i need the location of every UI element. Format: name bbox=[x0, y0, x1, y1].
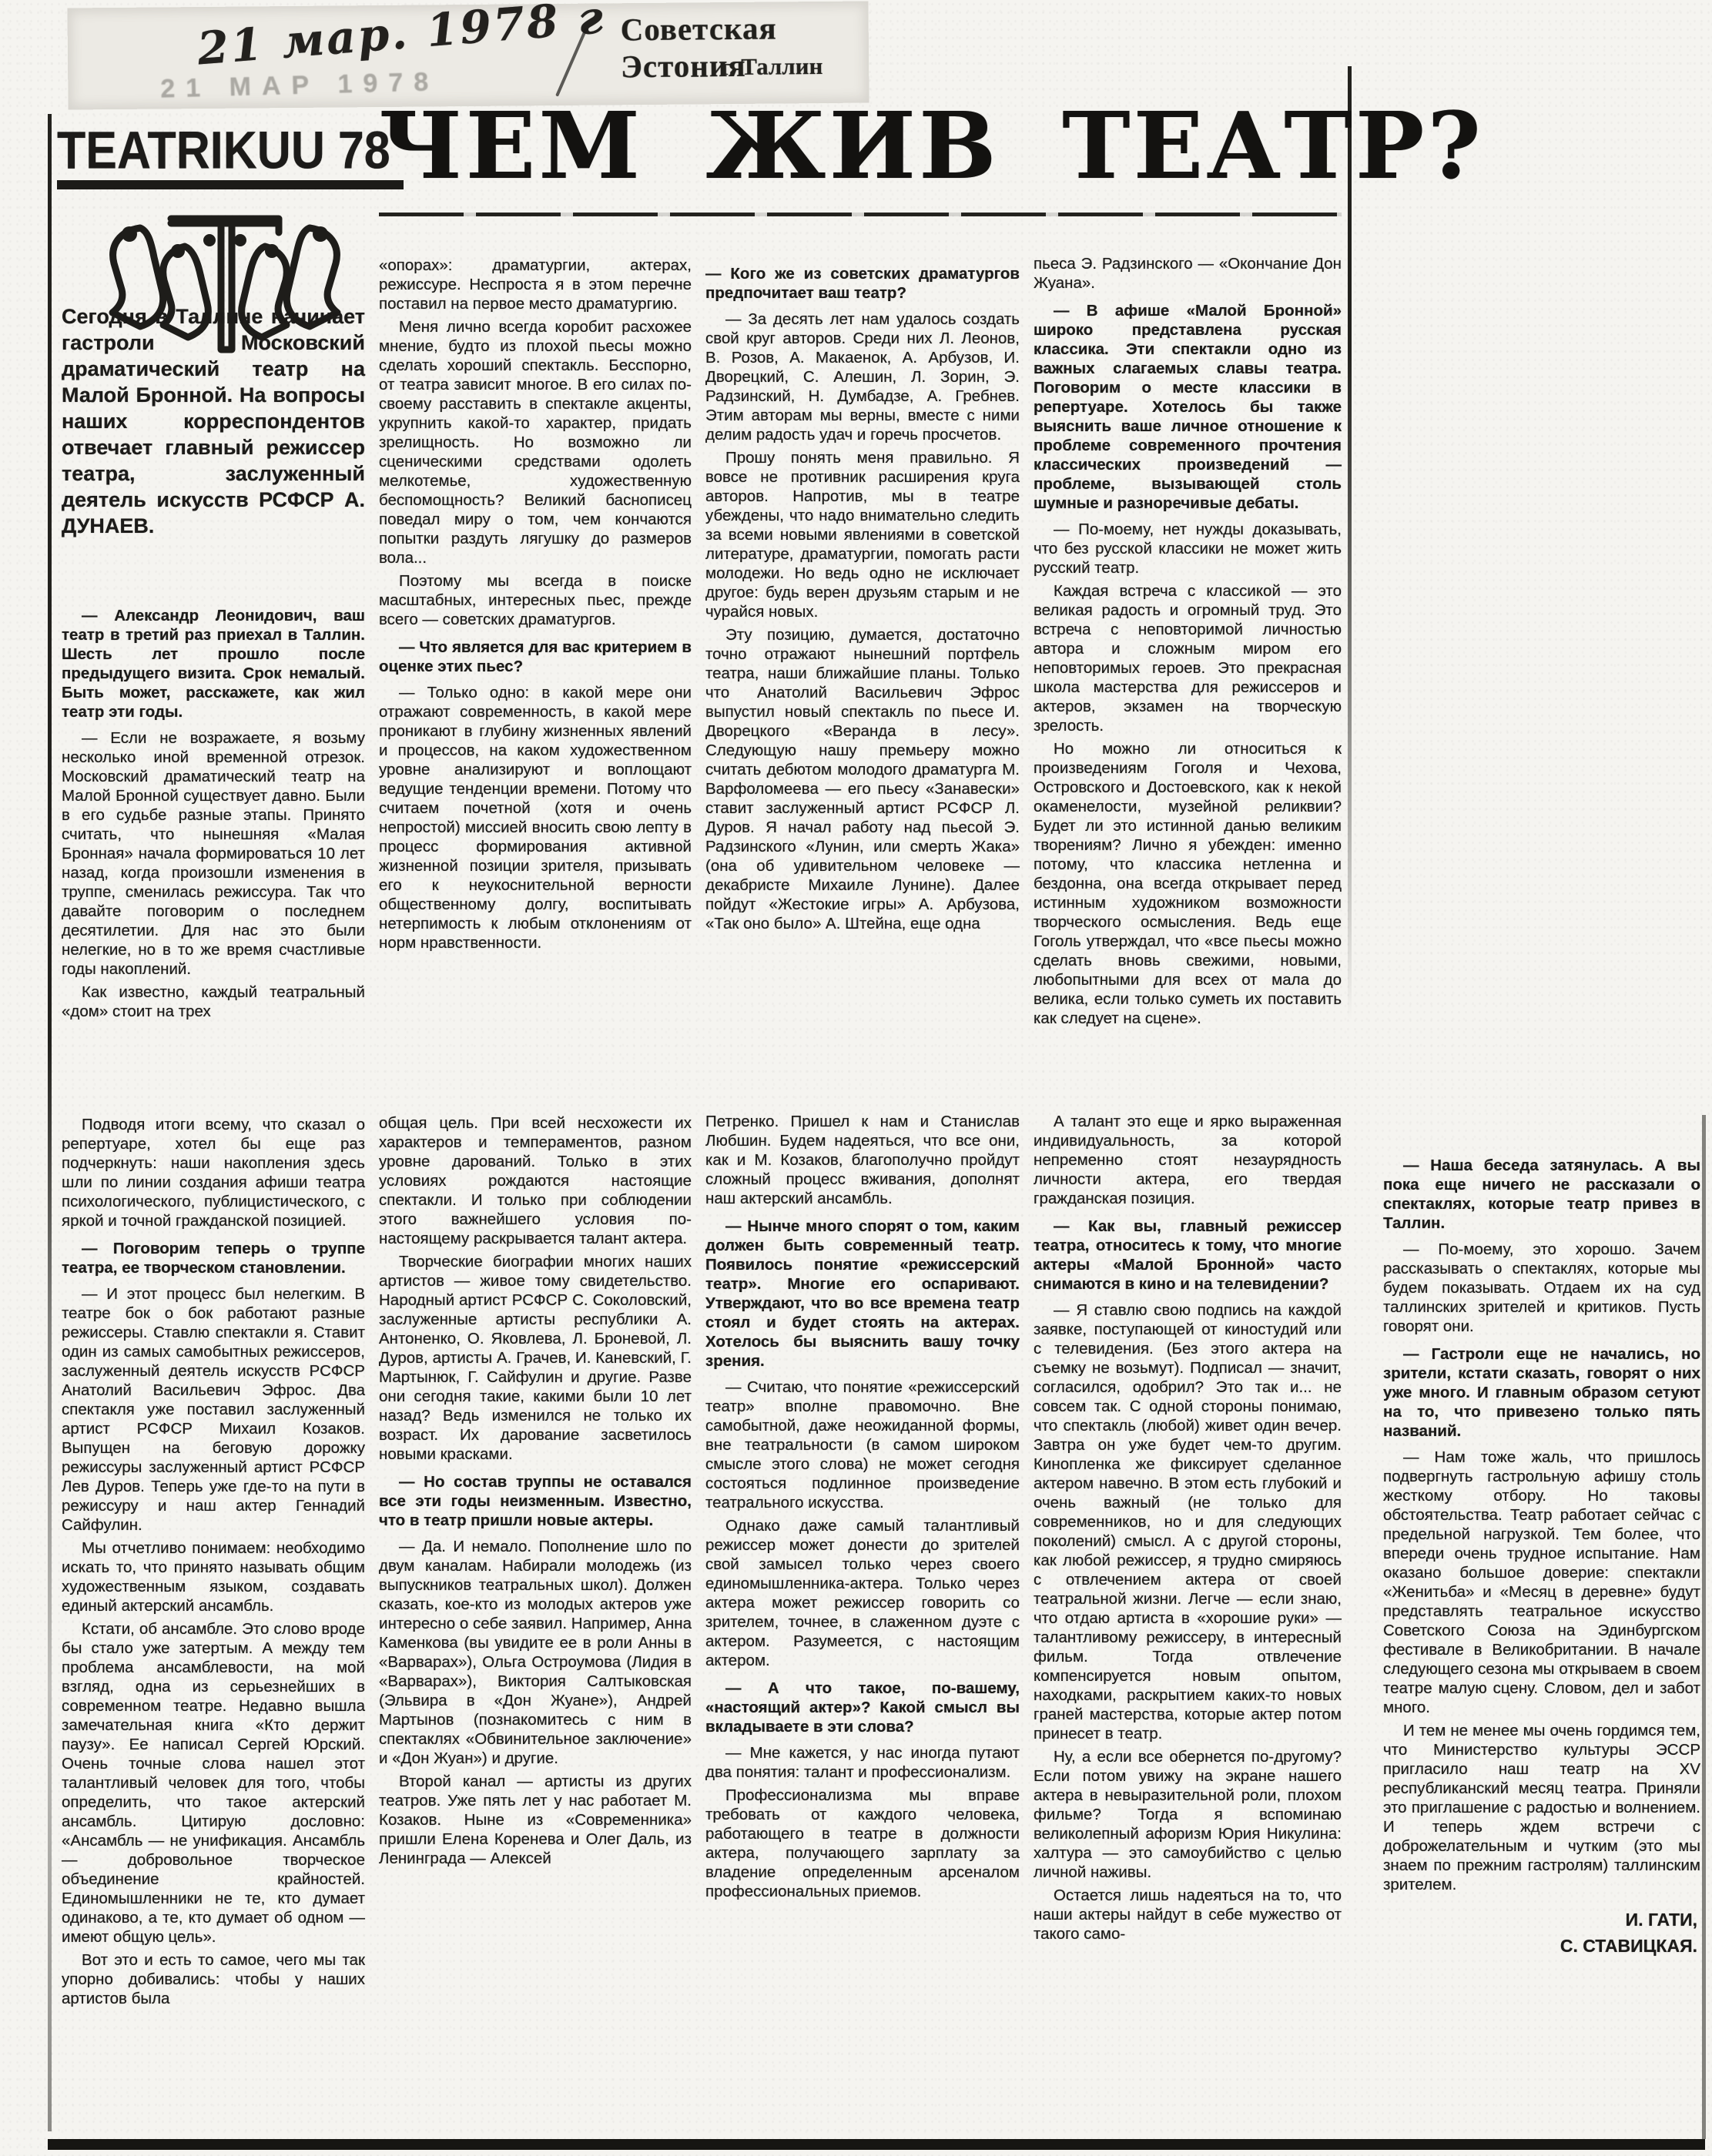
top-column-1: — Александр Леонидович, ваш театр в трет… bbox=[62, 598, 365, 1025]
question-paragraph: — В афише «Малой Бронной» широко предста… bbox=[1034, 301, 1342, 513]
question-paragraph: — Александр Леонидович, ваш театр в трет… bbox=[62, 606, 365, 721]
paragraph: Но можно ли относиться к произведениям Г… bbox=[1034, 739, 1342, 1028]
paragraph: «опорах»: драматургии, актерах, режиссур… bbox=[379, 256, 692, 313]
paragraph: — Считаю, что понятие «режиссерский теат… bbox=[705, 1378, 1020, 1512]
bottom-border-rule bbox=[48, 2139, 1705, 2150]
newspaper-city-stamp: г. Таллин bbox=[721, 52, 823, 81]
paragraph: Эту позицию, думается, достаточно точно … bbox=[705, 625, 1020, 933]
paragraph: Прошу понять меня правильно. Я вовсе не … bbox=[705, 448, 1020, 621]
question-paragraph: — А что такое, по-вашему, «настоящий акт… bbox=[705, 1679, 1020, 1736]
paragraph: Профессионализма мы вправе требовать от … bbox=[705, 1786, 1020, 1901]
paragraph: — Я ставлю свою подпись на каждой заявке… bbox=[1034, 1301, 1342, 1743]
paragraph: Творческие биографии многих наших артист… bbox=[379, 1252, 692, 1464]
author-signature: И. ГАТИ, С. СТАВИЦКАЯ. bbox=[1383, 1907, 1700, 1959]
lead-paragraph: Сегодня в Таллине начинает гастроли Моск… bbox=[62, 303, 365, 539]
paragraph: — Только одно: в какой мере они отражают… bbox=[379, 683, 692, 952]
festival-underline bbox=[57, 180, 404, 189]
question-paragraph: — Но состав труппы не оставался все эти … bbox=[379, 1472, 692, 1530]
paragraph: — Нам тоже жаль, что пришлось подвергнут… bbox=[1383, 1448, 1700, 1717]
paragraph: — И этот процесс был нелегким. В театре … bbox=[62, 1284, 365, 1535]
paragraph: — Мне кажется, у нас иногда путают два п… bbox=[705, 1743, 1020, 1782]
left-border-rule bbox=[48, 114, 52, 2131]
paragraph: Как известно, каждый театральный «дом» с… bbox=[62, 983, 365, 1021]
question-paragraph: — Наша беседа затянулась. А вы пока еще … bbox=[1383, 1156, 1700, 1233]
top-column-3: — Кого же из советских драматургов предп… bbox=[705, 256, 1020, 937]
paragraph: Каждая встреча с классикой — это великая… bbox=[1034, 581, 1342, 735]
paragraph: И тем не менее мы очень гордимся тем, чт… bbox=[1383, 1721, 1700, 1894]
paragraph: Подводя итоги всему, что сказал о реперт… bbox=[62, 1115, 365, 1230]
question-paragraph: — Как вы, главный режиссер театра, относ… bbox=[1034, 1217, 1342, 1294]
handwritten-date: 21 мар. 1978 г bbox=[196, 0, 608, 75]
paragraph: — По-моему, нет нужды доказывать, что бе… bbox=[1034, 520, 1342, 577]
top-column-4: пьеса Э. Радзинского — «Окончание Дон Жу… bbox=[1034, 254, 1342, 1032]
paragraph: Однако даже самый талантливый режиссер м… bbox=[705, 1516, 1020, 1670]
top-column-2: «опорах»: драматургии, актерах, режиссур… bbox=[379, 256, 692, 956]
bottom-column-5: — Наша беседа затянулась. А вы пока еще … bbox=[1383, 1147, 1700, 1959]
bottom-column-4: А талант это еще и ярко выраженная индив… bbox=[1034, 1112, 1342, 1947]
paragraph: Остается лишь надеяться на то, что наши … bbox=[1034, 1886, 1342, 1943]
paragraph: — Если не возражаете, я возьму несколько… bbox=[62, 728, 365, 979]
question-paragraph: — Кого же из советских драматургов предп… bbox=[705, 264, 1020, 303]
paragraph: Второй канал — артисты из других театров… bbox=[379, 1772, 692, 1868]
newspaper-clipping: 21 мар. 1978 г 21 МАР 1978 Советская Эст… bbox=[0, 0, 1712, 2156]
bottom-column-3: Петренко. Пришел к нам и Станислав Любши… bbox=[705, 1112, 1020, 1905]
paragraph: — По-моему, это хорошо. Зачем рассказыва… bbox=[1383, 1240, 1700, 1336]
paragraph: — Да. И немало. Пополнение шло по двум к… bbox=[379, 1537, 692, 1768]
paragraph: Мы отчетливо понимаем: необходимо искать… bbox=[62, 1538, 365, 1615]
bottom-column-2: общая цель. При всей несхожести их харак… bbox=[379, 1113, 692, 1872]
question-paragraph: — Что является для вас критерием в оценк… bbox=[379, 638, 692, 676]
right-border-rule-bottom bbox=[1702, 1115, 1706, 2139]
paragraph: Вот это и есть то самое, чего мы так упо… bbox=[62, 1950, 365, 2008]
headline-dashed-rule bbox=[379, 213, 1342, 216]
paragraph: Поэтому мы всегда в поиске масштабных, и… bbox=[379, 571, 692, 629]
paragraph: общая цель. При всей несхожести их харак… bbox=[379, 1113, 692, 1248]
question-paragraph: — Нынче много спорят о том, каким должен… bbox=[705, 1217, 1020, 1371]
paragraph: Кстати, об ансамбле. Это слово вроде бы … bbox=[62, 1619, 365, 1947]
right-border-rule-top bbox=[1348, 66, 1352, 1021]
question-paragraph: — Гастроли еще не начались, но зрители, … bbox=[1383, 1344, 1700, 1441]
paragraph: — За десять лет нам удалось создать свой… bbox=[705, 310, 1020, 444]
paragraph: пьеса Э. Радзинского — «Окончание Дон Жу… bbox=[1034, 254, 1342, 293]
paragraph: Меня лично всегда коробит расхожее мнени… bbox=[379, 317, 692, 567]
bottom-column-1: Подводя итоги всему, что сказал о реперт… bbox=[62, 1115, 365, 2012]
paragraph: Ну, а если все обернется по-другому? Есл… bbox=[1034, 1747, 1342, 1882]
paragraph: Петренко. Пришел к нам и Станислав Любши… bbox=[705, 1112, 1020, 1208]
paragraph: А талант это еще и ярко выраженная индив… bbox=[1034, 1112, 1342, 1208]
article-headline: ЧЕМ ЖИВ ТЕАТР? bbox=[379, 92, 1349, 200]
question-paragraph: — Поговорим теперь о труппе театра, ее т… bbox=[62, 1239, 365, 1277]
festival-label: TEATRIKUU 78 bbox=[57, 120, 405, 180]
